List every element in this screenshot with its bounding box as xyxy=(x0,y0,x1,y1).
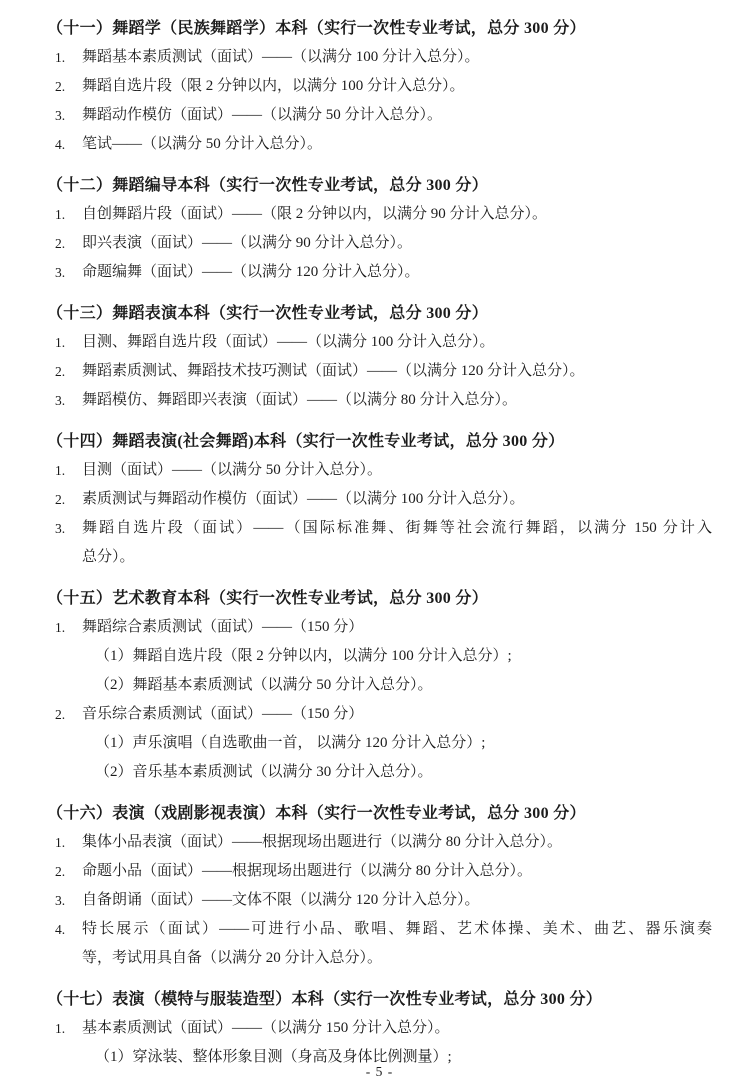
item-text: 命题编舞（面试）——（以满分 120 分计入总分）。 xyxy=(82,258,712,287)
text-line: 目测（面试）——（以满分 50 分计入总分）。 xyxy=(82,456,712,485)
section: （十七）表演（模特与服装造型）本科（实行一次性专业考试，总分 300 分）1.基… xyxy=(47,985,712,1072)
item-number: 2. xyxy=(55,357,82,386)
item-text: 素质测试与舞蹈动作模仿（面试）——（以满分 100 分计入总分）。 xyxy=(82,485,712,514)
text-line: 基本素质测试（面试）——（以满分 150 分计入总分）。 xyxy=(82,1014,712,1043)
text-line: 舞蹈自选片段（限 2 分钟以内，以满分 100 分计入总分）。 xyxy=(82,72,712,101)
item-text: 舞蹈动作模仿（面试）——（以满分 50 分计入总分）。 xyxy=(82,101,712,130)
list-item: 4.特长展示（面试）——可进行小品、歌唱、舞蹈、艺术体操、美术、曲艺、器乐演奏等… xyxy=(47,915,712,973)
text-line: 自创舞蹈片段（面试）——（限 2 分钟以内，以满分 90 分计入总分）。 xyxy=(82,200,712,229)
section: （十四）舞蹈表演(社会舞蹈)本科（实行一次性专业考试，总分 300 分）1.目测… xyxy=(47,427,712,572)
text-line: 舞蹈模仿、舞蹈即兴表演（面试）——（以满分 80 分计入总分）。 xyxy=(82,386,712,415)
list-item: 4.笔试——（以满分 50 分计入总分）。 xyxy=(47,130,712,159)
item-number: 3. xyxy=(55,258,82,287)
list-item: 1.集体小品表演（面试）——根据现场出题进行（以满分 80 分计入总分）。 xyxy=(47,828,712,857)
page-number: - 5 - xyxy=(47,1063,712,1081)
sections-container: （十一）舞蹈学（民族舞蹈学）本科（实行一次性专业考试，总分 300 分）1.舞蹈… xyxy=(47,14,712,1072)
list-item: 1.自创舞蹈片段（面试）——（限 2 分钟以内，以满分 90 分计入总分）。 xyxy=(47,200,712,229)
list-item: 3.舞蹈模仿、舞蹈即兴表演（面试）——（以满分 80 分计入总分）。 xyxy=(47,386,712,415)
list-item: 3.舞蹈动作模仿（面试）——（以满分 50 分计入总分）。 xyxy=(47,101,712,130)
list-item: 2.舞蹈自选片段（限 2 分钟以内，以满分 100 分计入总分）。 xyxy=(47,72,712,101)
item-number: 1. xyxy=(55,43,82,72)
item-text: 舞蹈基本素质测试（面试）——（以满分 100 分计入总分）。 xyxy=(82,43,712,72)
item-number: 1. xyxy=(55,200,82,229)
text-line: 舞蹈基本素质测试（面试）——（以满分 100 分计入总分）。 xyxy=(82,43,712,72)
item-text: 目测、舞蹈自选片段（面试）——（以满分 100 分计入总分）。 xyxy=(82,328,712,357)
list-item: 1.基本素质测试（面试）——（以满分 150 分计入总分）。 xyxy=(47,1014,712,1043)
text-line: 音乐综合素质测试（面试）——（150 分） xyxy=(82,700,712,729)
list-item: 2.素质测试与舞蹈动作模仿（面试）——（以满分 100 分计入总分）。 xyxy=(47,485,712,514)
item-text: 集体小品表演（面试）——根据现场出题进行（以满分 80 分计入总分）。 xyxy=(82,828,712,857)
section-heading: （十一）舞蹈学（民族舞蹈学）本科（实行一次性专业考试，总分 300 分） xyxy=(47,14,712,43)
item-number: 4. xyxy=(55,130,82,159)
text-line: 舞蹈动作模仿（面试）——（以满分 50 分计入总分）。 xyxy=(82,101,712,130)
text-line: 素质测试与舞蹈动作模仿（面试）——（以满分 100 分计入总分）。 xyxy=(82,485,712,514)
list-item: 1.目测、舞蹈自选片段（面试）——（以满分 100 分计入总分）。 xyxy=(47,328,712,357)
list-item: 2.舞蹈素质测试、舞蹈技术技巧测试（面试）——（以满分 120 分计入总分）。 xyxy=(47,357,712,386)
item-number: 1. xyxy=(55,613,82,642)
text-line: 目测、舞蹈自选片段（面试）——（以满分 100 分计入总分）。 xyxy=(82,328,712,357)
item-number: 1. xyxy=(55,1014,82,1043)
text-line: 集体小品表演（面试）——根据现场出题进行（以满分 80 分计入总分）。 xyxy=(82,828,712,857)
sub-item: （1）舞蹈自选片段（限 2 分钟以内，以满分 100 分计入总分）; xyxy=(47,642,712,671)
list-item: 1.舞蹈综合素质测试（面试）——（150 分） xyxy=(47,613,712,642)
item-number: 2. xyxy=(55,229,82,258)
item-number: 2. xyxy=(55,857,82,886)
item-text: 自备朗诵（面试）——文体不限（以满分 120 分计入总分）。 xyxy=(82,886,712,915)
item-text: 音乐综合素质测试（面试）——（150 分） xyxy=(82,700,712,729)
section: （十一）舞蹈学（民族舞蹈学）本科（实行一次性专业考试，总分 300 分）1.舞蹈… xyxy=(47,14,712,159)
section: （十二）舞蹈编导本科（实行一次性专业考试，总分 300 分）1.自创舞蹈片段（面… xyxy=(47,171,712,287)
section-heading: （十五）艺术教育本科（实行一次性专业考试，总分 300 分） xyxy=(47,584,712,613)
item-text: 舞蹈综合素质测试（面试）——（150 分） xyxy=(82,613,712,642)
list-item: 3.舞蹈自选片段（面试）——（国际标准舞、街舞等社会流行舞蹈，以满分 150 分… xyxy=(47,514,712,572)
item-text: 舞蹈素质测试、舞蹈技术技巧测试（面试）——（以满分 120 分计入总分）。 xyxy=(82,357,712,386)
item-number: 1. xyxy=(55,328,82,357)
section: （十三）舞蹈表演本科（实行一次性专业考试，总分 300 分）1.目测、舞蹈自选片… xyxy=(47,299,712,415)
item-number: 2. xyxy=(55,485,82,514)
section-heading: （十二）舞蹈编导本科（实行一次性专业考试，总分 300 分） xyxy=(47,171,712,200)
text-line: 等，考试用具自备（以满分 20 分计入总分）。 xyxy=(82,944,712,973)
text-line: 总分）。 xyxy=(82,543,712,572)
item-text: 舞蹈模仿、舞蹈即兴表演（面试）——（以满分 80 分计入总分）。 xyxy=(82,386,712,415)
text-line: 特长展示（面试）——可进行小品、歌唱、舞蹈、艺术体操、美术、曲艺、器乐演奏 xyxy=(82,915,712,944)
text-line: 命题编舞（面试）——（以满分 120 分计入总分）。 xyxy=(82,258,712,287)
item-text: 舞蹈自选片段（面试）——（国际标准舞、街舞等社会流行舞蹈，以满分 150 分计入… xyxy=(82,514,712,572)
section-heading: （十四）舞蹈表演(社会舞蹈)本科（实行一次性专业考试，总分 300 分） xyxy=(47,427,712,456)
item-text: 目测（面试）——（以满分 50 分计入总分）。 xyxy=(82,456,712,485)
item-text: 自创舞蹈片段（面试）——（限 2 分钟以内，以满分 90 分计入总分）。 xyxy=(82,200,712,229)
sub-item: （2）音乐基本素质测试（以满分 30 分计入总分）。 xyxy=(47,758,712,787)
list-item: 1.目测（面试）——（以满分 50 分计入总分）。 xyxy=(47,456,712,485)
item-text: 即兴表演（面试）——（以满分 90 分计入总分）。 xyxy=(82,229,712,258)
item-text: 特长展示（面试）——可进行小品、歌唱、舞蹈、艺术体操、美术、曲艺、器乐演奏等，考… xyxy=(82,915,712,973)
item-number: 1. xyxy=(55,828,82,857)
item-text: 舞蹈自选片段（限 2 分钟以内，以满分 100 分计入总分）。 xyxy=(82,72,712,101)
text-line: 即兴表演（面试）——（以满分 90 分计入总分）。 xyxy=(82,229,712,258)
section: （十五）艺术教育本科（实行一次性专业考试，总分 300 分）1.舞蹈综合素质测试… xyxy=(47,584,712,787)
text-line: 命题小品（面试）——根据现场出题进行（以满分 80 分计入总分）。 xyxy=(82,857,712,886)
text-line: 自备朗诵（面试）——文体不限（以满分 120 分计入总分）。 xyxy=(82,886,712,915)
list-item: 2.音乐综合素质测试（面试）——（150 分） xyxy=(47,700,712,729)
sub-item: （2）舞蹈基本素质测试（以满分 50 分计入总分）。 xyxy=(47,671,712,700)
text-line: 舞蹈综合素质测试（面试）——（150 分） xyxy=(82,613,712,642)
item-number: 4. xyxy=(55,915,82,973)
item-number: 3. xyxy=(55,386,82,415)
item-number: 1. xyxy=(55,456,82,485)
document-page: （十一）舞蹈学（民族舞蹈学）本科（实行一次性专业考试，总分 300 分）1.舞蹈… xyxy=(0,0,750,1087)
section: （十六）表演（戏剧影视表演）本科（实行一次性专业考试，总分 300 分）1.集体… xyxy=(47,799,712,973)
text-line: 舞蹈自选片段（面试）——（国际标准舞、街舞等社会流行舞蹈，以满分 150 分计入 xyxy=(82,514,712,543)
section-heading: （十六）表演（戏剧影视表演）本科（实行一次性专业考试，总分 300 分） xyxy=(47,799,712,828)
item-number: 3. xyxy=(55,886,82,915)
section-heading: （十三）舞蹈表演本科（实行一次性专业考试，总分 300 分） xyxy=(47,299,712,328)
list-item: 3.命题编舞（面试）——（以满分 120 分计入总分）。 xyxy=(47,258,712,287)
list-item: 3.自备朗诵（面试）——文体不限（以满分 120 分计入总分）。 xyxy=(47,886,712,915)
item-number: 3. xyxy=(55,101,82,130)
list-item: 2.即兴表演（面试）——（以满分 90 分计入总分）。 xyxy=(47,229,712,258)
item-text: 基本素质测试（面试）——（以满分 150 分计入总分）。 xyxy=(82,1014,712,1043)
item-text: 笔试——（以满分 50 分计入总分）。 xyxy=(82,130,712,159)
item-text: 命题小品（面试）——根据现场出题进行（以满分 80 分计入总分）。 xyxy=(82,857,712,886)
section-heading: （十七）表演（模特与服装造型）本科（实行一次性专业考试，总分 300 分） xyxy=(47,985,712,1014)
item-number: 3. xyxy=(55,514,82,572)
item-number: 2. xyxy=(55,72,82,101)
text-line: 笔试——（以满分 50 分计入总分）。 xyxy=(82,130,712,159)
sub-item: （1）声乐演唱（自选歌曲一首， 以满分 120 分计入总分）; xyxy=(47,729,712,758)
text-line: 舞蹈素质测试、舞蹈技术技巧测试（面试）——（以满分 120 分计入总分）。 xyxy=(82,357,712,386)
list-item: 1.舞蹈基本素质测试（面试）——（以满分 100 分计入总分）。 xyxy=(47,43,712,72)
item-number: 2. xyxy=(55,700,82,729)
list-item: 2.命题小品（面试）——根据现场出题进行（以满分 80 分计入总分）。 xyxy=(47,857,712,886)
